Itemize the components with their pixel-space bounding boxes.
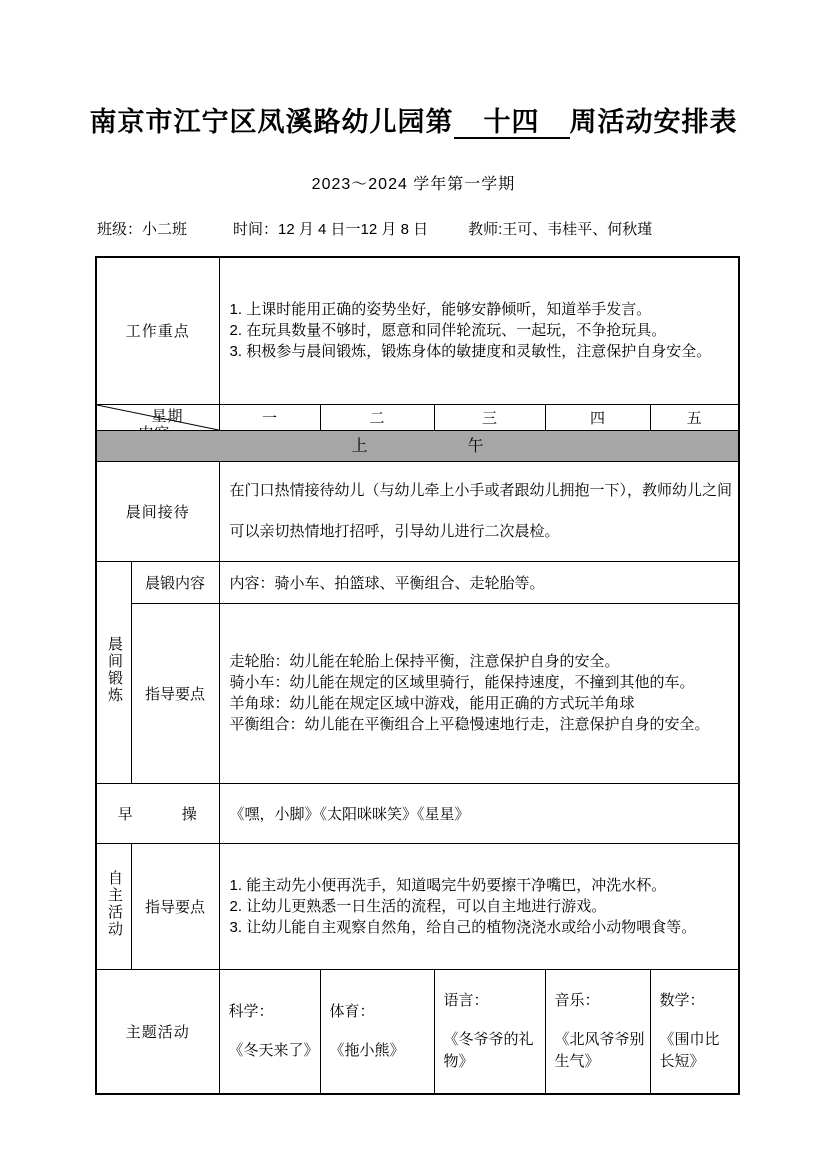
guidance-item-balance: 平衡组合：幼儿能在平衡组合上平稳慢速地行走，注意保护自身的安全。 <box>230 714 733 735</box>
subject-language-category: 语言： <box>444 990 541 1012</box>
teacher-names: 教师:王可、韦桂平、何秋瑾 <box>468 218 652 239</box>
theme-activity-row: 主题活动 科学： 《冬天来了》 体育： 《拖小熊》 语言： 《冬爷爷的礼物》 音… <box>96 969 739 1094</box>
subject-pe-category: 体育： <box>330 1001 430 1023</box>
subject-math-category: 数学： <box>660 990 735 1012</box>
weekly-schedule-table: 工作重点 1. 上课时能用正确的姿势坐好，能够安静倾听，知道举手发言。 2. 在… <box>95 256 740 1095</box>
guidance-item-tire: 走轮胎：幼儿能在轮胎上保持平衡，注意保护自身的安全。 <box>230 651 733 672</box>
self-activity-item-1: 1. 能主动先小便再洗手，知道喝完牛奶要擦干净嘴巴，冲洗水杯。 <box>230 875 733 896</box>
morning-exercise-content-label: 晨锻内容 <box>131 561 219 603</box>
self-activity-content: 1. 能主动先小便再洗手，知道喝完牛奶要擦干净嘴巴，冲洗水杯。 2. 让幼儿更熟… <box>219 843 739 969</box>
morning-exercise-content-text: 内容：骑小车、拍篮球、平衡组合、走轮胎等。 <box>219 561 739 603</box>
morning-gym-label: 早 操 <box>96 783 219 843</box>
morning-session-band-row: 上 午 <box>96 430 739 461</box>
day-thursday: 四 <box>545 404 650 430</box>
day-wednesday: 三 <box>434 404 545 430</box>
page-title-suffix: 周活动安排表 <box>570 107 738 137</box>
morning-reception-content: 在门口热情接待幼儿（与幼儿牵上小手或者跟幼儿拥抱一下），教师幼儿之间可以亲切热情… <box>219 461 739 561</box>
theme-subject-music: 音乐： 《北风爷爷别生气》 <box>545 969 650 1094</box>
self-activity-group-label: 自主活动 <box>106 870 123 938</box>
class-info-line: 班级：小二班 时间：12 月 4 日一12 月 8 日 教师:王可、韦桂平、何秋… <box>97 218 827 239</box>
morning-reception-row: 晨间接待 在门口热情接待幼儿（与幼儿牵上小手或者跟幼儿拥抱一下），教师幼儿之间可… <box>96 461 739 561</box>
work-focus-row: 工作重点 1. 上课时能用正确的姿势坐好，能够安静倾听，知道举手发言。 2. 在… <box>96 257 739 404</box>
morning-reception-text: 在门口热情接待幼儿（与幼儿牵上小手或者跟幼儿拥抱一下），教师幼儿之间可以亲切热情… <box>230 470 733 552</box>
day-tuesday: 二 <box>320 404 434 430</box>
self-activity-guidance-label: 指导要点 <box>131 843 219 969</box>
class-name: 班级：小二班 <box>97 218 187 239</box>
semester-subtitle: 2023～2024 学年第一学期 <box>0 171 827 194</box>
guidance-item-bike: 骑小车：幼儿能在规定的区域里骑行，能保持速度，不撞到其他的车。 <box>230 672 733 693</box>
day-monday: 一 <box>219 404 320 430</box>
work-focus-content: 1. 上课时能用正确的姿势坐好，能够安静倾听，知道举手发言。 2. 在玩具数量不… <box>219 257 739 404</box>
self-activity-group-cell: 自主活动 <box>96 843 131 969</box>
theme-subject-science: 科学： 《冬天来了》 <box>219 969 320 1094</box>
work-focus-item-3: 3. 积极参与晨间锻炼，锻炼身体的敏捷度和灵敏性，注意保护自身安全。 <box>230 341 733 362</box>
band-char-shang: 上 <box>352 433 368 456</box>
morning-gym-row: 早 操 《嘿，小脚》《太阳咪咪笑》《星星》 <box>96 783 739 843</box>
page-title: 南京市江宁区凤溪路幼儿园第 十四 周活动安排表 <box>0 100 827 139</box>
subject-music-category: 音乐： <box>555 990 646 1012</box>
day-friday: 五 <box>650 404 739 430</box>
morning-gym-songs: 《嘿，小脚》《太阳咪咪笑》《星星》 <box>219 783 739 843</box>
weekday-header-row: 星期 内容 一 二 三 四 五 <box>96 404 739 430</box>
work-focus-item-1: 1. 上课时能用正确的姿势坐好，能够安静倾听，知道举手发言。 <box>230 299 733 320</box>
theme-subject-language: 语言： 《冬爷爷的礼物》 <box>434 969 545 1094</box>
work-focus-item-2: 2. 在玩具数量不够时，愿意和同伴轮流玩、一起玩，不争抢玩具。 <box>230 320 733 341</box>
page-title-prefix: 南京市江宁区凤溪路幼儿园第 <box>90 107 454 137</box>
morning-exercise-guidance-label: 指导要点 <box>131 603 219 783</box>
diagonal-corner-cell: 星期 内容 <box>96 404 219 430</box>
theme-subject-math: 数学： 《围巾比长短》 <box>650 969 739 1094</box>
corner-label-content-clipped: 内容 <box>138 422 170 431</box>
guidance-item-ball: 羊角球：幼儿能在规定区域中游戏，能用正确的方式玩羊角球 <box>230 693 733 714</box>
subject-language-title: 《冬爷爷的礼物》 <box>444 1029 541 1073</box>
subject-pe-title: 《拖小熊》 <box>330 1040 430 1062</box>
morning-exercise-guidance-content: 走轮胎：幼儿能在轮胎上保持平衡，注意保护自身的安全。 骑小车：幼儿能在规定的区域… <box>219 603 739 783</box>
page-title-week-blank: 十四 <box>454 107 570 139</box>
self-activity-item-3: 3. 让幼儿能自主观察自然角，给自己的植物浇浇水或给小动物喂食等。 <box>230 917 733 938</box>
subject-math-title: 《围巾比长短》 <box>660 1029 735 1073</box>
morning-exercise-content-row: 晨间锻炼 晨锻内容 内容：骑小车、拍篮球、平衡组合、走轮胎等。 <box>96 561 739 603</box>
subject-science-title: 《冬天来了》 <box>229 1040 316 1062</box>
subject-music-title: 《北风爷爷别生气》 <box>555 1029 646 1073</box>
band-char-wu: 午 <box>468 433 484 456</box>
morning-exercise-group-cell: 晨间锻炼 <box>96 561 131 783</box>
self-activity-row: 自主活动 指导要点 1. 能主动先小便再洗手，知道喝完牛奶要擦干净嘴巴，冲洗水杯… <box>96 843 739 969</box>
morning-reception-label: 晨间接待 <box>96 461 219 561</box>
morning-session-band: 上 午 <box>96 430 739 461</box>
morning-exercise-group-label: 晨间锻炼 <box>106 636 123 704</box>
morning-exercise-guidance-row: 指导要点 走轮胎：幼儿能在轮胎上保持平衡，注意保护自身的安全。 骑小车：幼儿能在… <box>96 603 739 783</box>
theme-subject-pe: 体育： 《拖小熊》 <box>320 969 434 1094</box>
subject-science-category: 科学： <box>229 1001 316 1023</box>
date-range: 时间：12 月 4 日一12 月 8 日 <box>233 218 428 239</box>
work-focus-label: 工作重点 <box>96 257 219 404</box>
self-activity-item-2: 2. 让幼儿更熟悉一日生活的流程，可以自主地进行游戏。 <box>230 896 733 917</box>
theme-activity-label: 主题活动 <box>96 969 219 1094</box>
